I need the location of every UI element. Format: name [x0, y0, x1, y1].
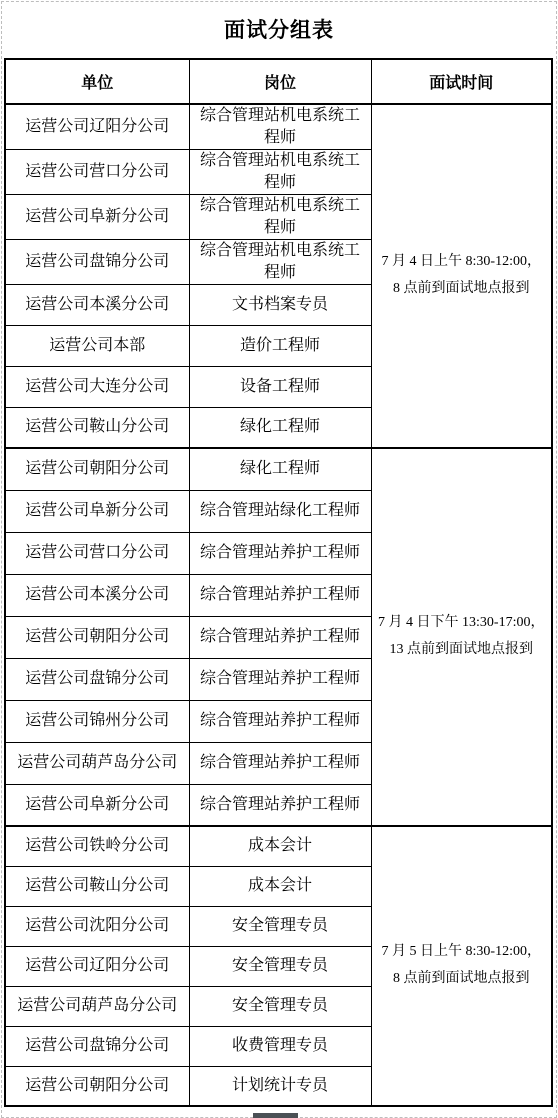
unit-cell: 运营公司大连分公司 [5, 366, 189, 407]
unit-cell: 运营公司营口分公司 [5, 532, 189, 574]
header-interview-time: 面试时间 [371, 59, 552, 104]
unit-cell: 运营公司辽阳分公司 [5, 946, 189, 986]
unit-cell: 运营公司营口分公司 [5, 149, 189, 194]
time-line: 7 月 4 日上午 8:30-12:00， [378, 249, 546, 276]
position-cell: 绿化工程师 [189, 407, 371, 448]
unit-cell: 运营公司鞍山分公司 [5, 407, 189, 448]
unit-cell: 运营公司盘锦分公司 [5, 239, 189, 284]
position-cell: 综合管理站绿化工程师 [189, 490, 371, 532]
header-unit: 单位 [5, 59, 189, 104]
page-title: 面试分组表 [224, 14, 334, 44]
table-row: 运营公司朝阳分公司绿化工程师7 月 4 日下午 13:30-17:00，13 点… [5, 448, 552, 490]
time-cell: 7 月 5 日上午 8:30-12:00，8 点前到面试地点报到 [371, 826, 552, 1106]
position-cell: 综合管理站养护工程师 [189, 784, 371, 826]
unit-cell: 运营公司本部 [5, 325, 189, 366]
unit-cell: 运营公司盘锦分公司 [5, 658, 189, 700]
unit-cell: 运营公司沈阳分公司 [5, 906, 189, 946]
position-cell: 文书档案专员 [189, 284, 371, 325]
position-cell: 设备工程师 [189, 366, 371, 407]
position-cell: 综合管理站养护工程师 [189, 532, 371, 574]
time-line: 13 点前到面试地点报到 [378, 637, 546, 664]
table-row: 运营公司铁岭分公司成本会计7 月 5 日上午 8:30-12:00，8 点前到面… [5, 826, 552, 866]
position-cell: 综合管理站养护工程师 [189, 574, 371, 616]
unit-cell: 运营公司朝阳分公司 [5, 448, 189, 490]
position-cell: 安全管理专员 [189, 946, 371, 986]
position-cell: 综合管理站养护工程师 [189, 616, 371, 658]
position-cell: 造价工程师 [189, 325, 371, 366]
unit-cell: 运营公司葫芦岛分公司 [5, 742, 189, 784]
unit-cell: 运营公司阜新分公司 [5, 194, 189, 239]
position-cell: 收费管理专员 [189, 1026, 371, 1066]
time-line: 8 点前到面试地点报到 [378, 276, 546, 303]
position-cell: 综合管理站机电系统工程师 [189, 149, 371, 194]
position-cell: 成本会计 [189, 826, 371, 866]
position-cell: 安全管理专员 [189, 986, 371, 1026]
unit-cell: 运营公司朝阳分公司 [5, 616, 189, 658]
time-line: 7 月 4 日下午 13:30-17:00， [378, 610, 546, 637]
position-cell: 综合管理站机电系统工程师 [189, 104, 371, 149]
position-cell: 成本会计 [189, 866, 371, 906]
time-line: 7 月 5 日上午 8:30-12:00， [378, 939, 546, 966]
time-cell: 7 月 4 日下午 13:30-17:00，13 点前到面试地点报到 [371, 448, 552, 826]
title-bar: 面试分组表 [0, 0, 558, 58]
position-cell: 综合管理站机电系统工程师 [189, 239, 371, 284]
position-cell: 绿化工程师 [189, 448, 371, 490]
table-body: 运营公司辽阳分公司综合管理站机电系统工程师7 月 4 日上午 8:30-12:0… [5, 104, 552, 1106]
position-cell: 综合管理站养护工程师 [189, 658, 371, 700]
table-row: 运营公司辽阳分公司综合管理站机电系统工程师7 月 4 日上午 8:30-12:0… [5, 104, 552, 149]
unit-cell: 运营公司葫芦岛分公司 [5, 986, 189, 1026]
position-cell: 综合管理站机电系统工程师 [189, 194, 371, 239]
unit-cell: 运营公司朝阳分公司 [5, 1066, 189, 1106]
unit-cell: 运营公司铁岭分公司 [5, 826, 189, 866]
position-cell: 综合管理站养护工程师 [189, 742, 371, 784]
unit-cell: 运营公司阜新分公司 [5, 784, 189, 826]
header-position: 岗位 [189, 59, 371, 104]
interview-schedule-table: 单位 岗位 面试时间 运营公司辽阳分公司综合管理站机电系统工程师7 月 4 日上… [4, 58, 553, 1107]
unit-cell: 运营公司阜新分公司 [5, 490, 189, 532]
unit-cell: 运营公司盘锦分公司 [5, 1026, 189, 1066]
position-cell: 计划统计专员 [189, 1066, 371, 1106]
horizontal-scrollbar-thumb[interactable] [253, 1113, 298, 1118]
time-cell: 7 月 4 日上午 8:30-12:00，8 点前到面试地点报到 [371, 104, 552, 448]
page: 面试分组表 单位 岗位 面试时间 运营公司辽阳分公司综合管理站机电系统工程师7 … [0, 0, 558, 1118]
unit-cell: 运营公司锦州分公司 [5, 700, 189, 742]
position-cell: 安全管理专员 [189, 906, 371, 946]
unit-cell: 运营公司本溪分公司 [5, 284, 189, 325]
unit-cell: 运营公司辽阳分公司 [5, 104, 189, 149]
unit-cell: 运营公司本溪分公司 [5, 574, 189, 616]
header-row: 单位 岗位 面试时间 [5, 59, 552, 104]
time-line: 8 点前到面试地点报到 [378, 966, 546, 993]
unit-cell: 运营公司鞍山分公司 [5, 866, 189, 906]
position-cell: 综合管理站养护工程师 [189, 700, 371, 742]
